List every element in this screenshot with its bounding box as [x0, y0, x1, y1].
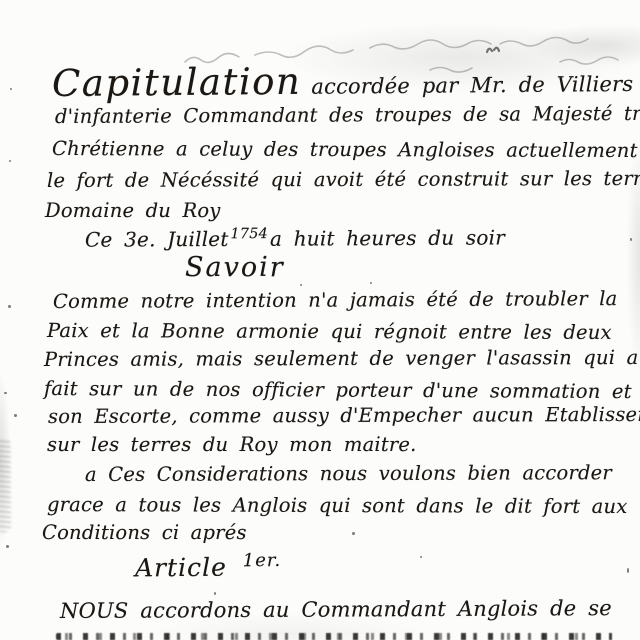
scan-speck	[214, 592, 216, 595]
manuscript-line: fait sur un de nos officier porteur d'un…	[44, 377, 640, 403]
manuscript-line: NOUS accordons au Commandant Anglois de …	[60, 596, 612, 623]
scan-speck	[8, 305, 11, 308]
scan-speck	[352, 532, 355, 535]
scan-speck	[630, 238, 632, 241]
scan-speck	[300, 284, 302, 286]
section-heading-savoir: Savoir	[185, 252, 285, 283]
article-word: Article	[135, 553, 227, 583]
document-title-continuation: accordée par Mr. de Villiers Capitaine	[311, 71, 640, 99]
scan-speck	[370, 282, 372, 284]
manuscript-line: le fort de Nécéssité qui avoit été const…	[47, 167, 640, 192]
manuscript-line: Princes amis, mais seulement de venger l…	[44, 346, 640, 371]
date-prefix: Ce 3e. Juillet	[85, 227, 229, 252]
manuscript-line: son Escorte, comme aussy d'Empecher aucu…	[48, 403, 640, 428]
date-suffix: a huit heures du soir	[270, 225, 505, 250]
document-title-line: Capitulationaccordée par Mr. de Villiers…	[52, 56, 640, 105]
manuscript-line: Comme notre intention n'a jamais été de …	[53, 287, 618, 313]
scan-speck	[420, 556, 422, 558]
margin-smear	[0, 440, 11, 532]
scan-speck	[4, 392, 7, 394]
manuscript-line: a Ces Considerations nous voulons bien a…	[85, 461, 612, 486]
article-heading: Article 1er.	[135, 550, 283, 582]
manuscript-line: sur les terres du Roy mon maitre.	[47, 433, 417, 456]
article-number: 1er.	[243, 550, 282, 571]
date-line: Ce 3e. Juillet1754a huit heures du soir	[85, 225, 505, 252]
manuscript-line: Domaine du Roy	[45, 199, 221, 222]
manuscript-line: Paix et la Bonne armonie qui régnoit ent…	[47, 319, 612, 344]
scan-speck	[9, 160, 11, 162]
date-year: 1754	[230, 226, 268, 242]
manuscript-line: d'infanterie Commandant des troupes de s…	[55, 102, 640, 128]
document-title: Capitulation	[52, 60, 302, 105]
manuscript-line: Chrétienne a celuy des troupes Angloises…	[52, 137, 640, 162]
manuscript-page: Capitulationaccordée par Mr. de Villiers…	[0, 0, 640, 640]
manuscript-line: Conditions ci aprés	[42, 521, 247, 544]
manuscript-line: grace a tous les Anglois qui sont dans l…	[47, 493, 628, 518]
scan-speck	[10, 88, 12, 90]
scan-speck	[627, 568, 629, 573]
scan-speck	[6, 545, 9, 548]
clipped-line-fragment	[56, 633, 616, 640]
scan-speck	[14, 414, 17, 417]
